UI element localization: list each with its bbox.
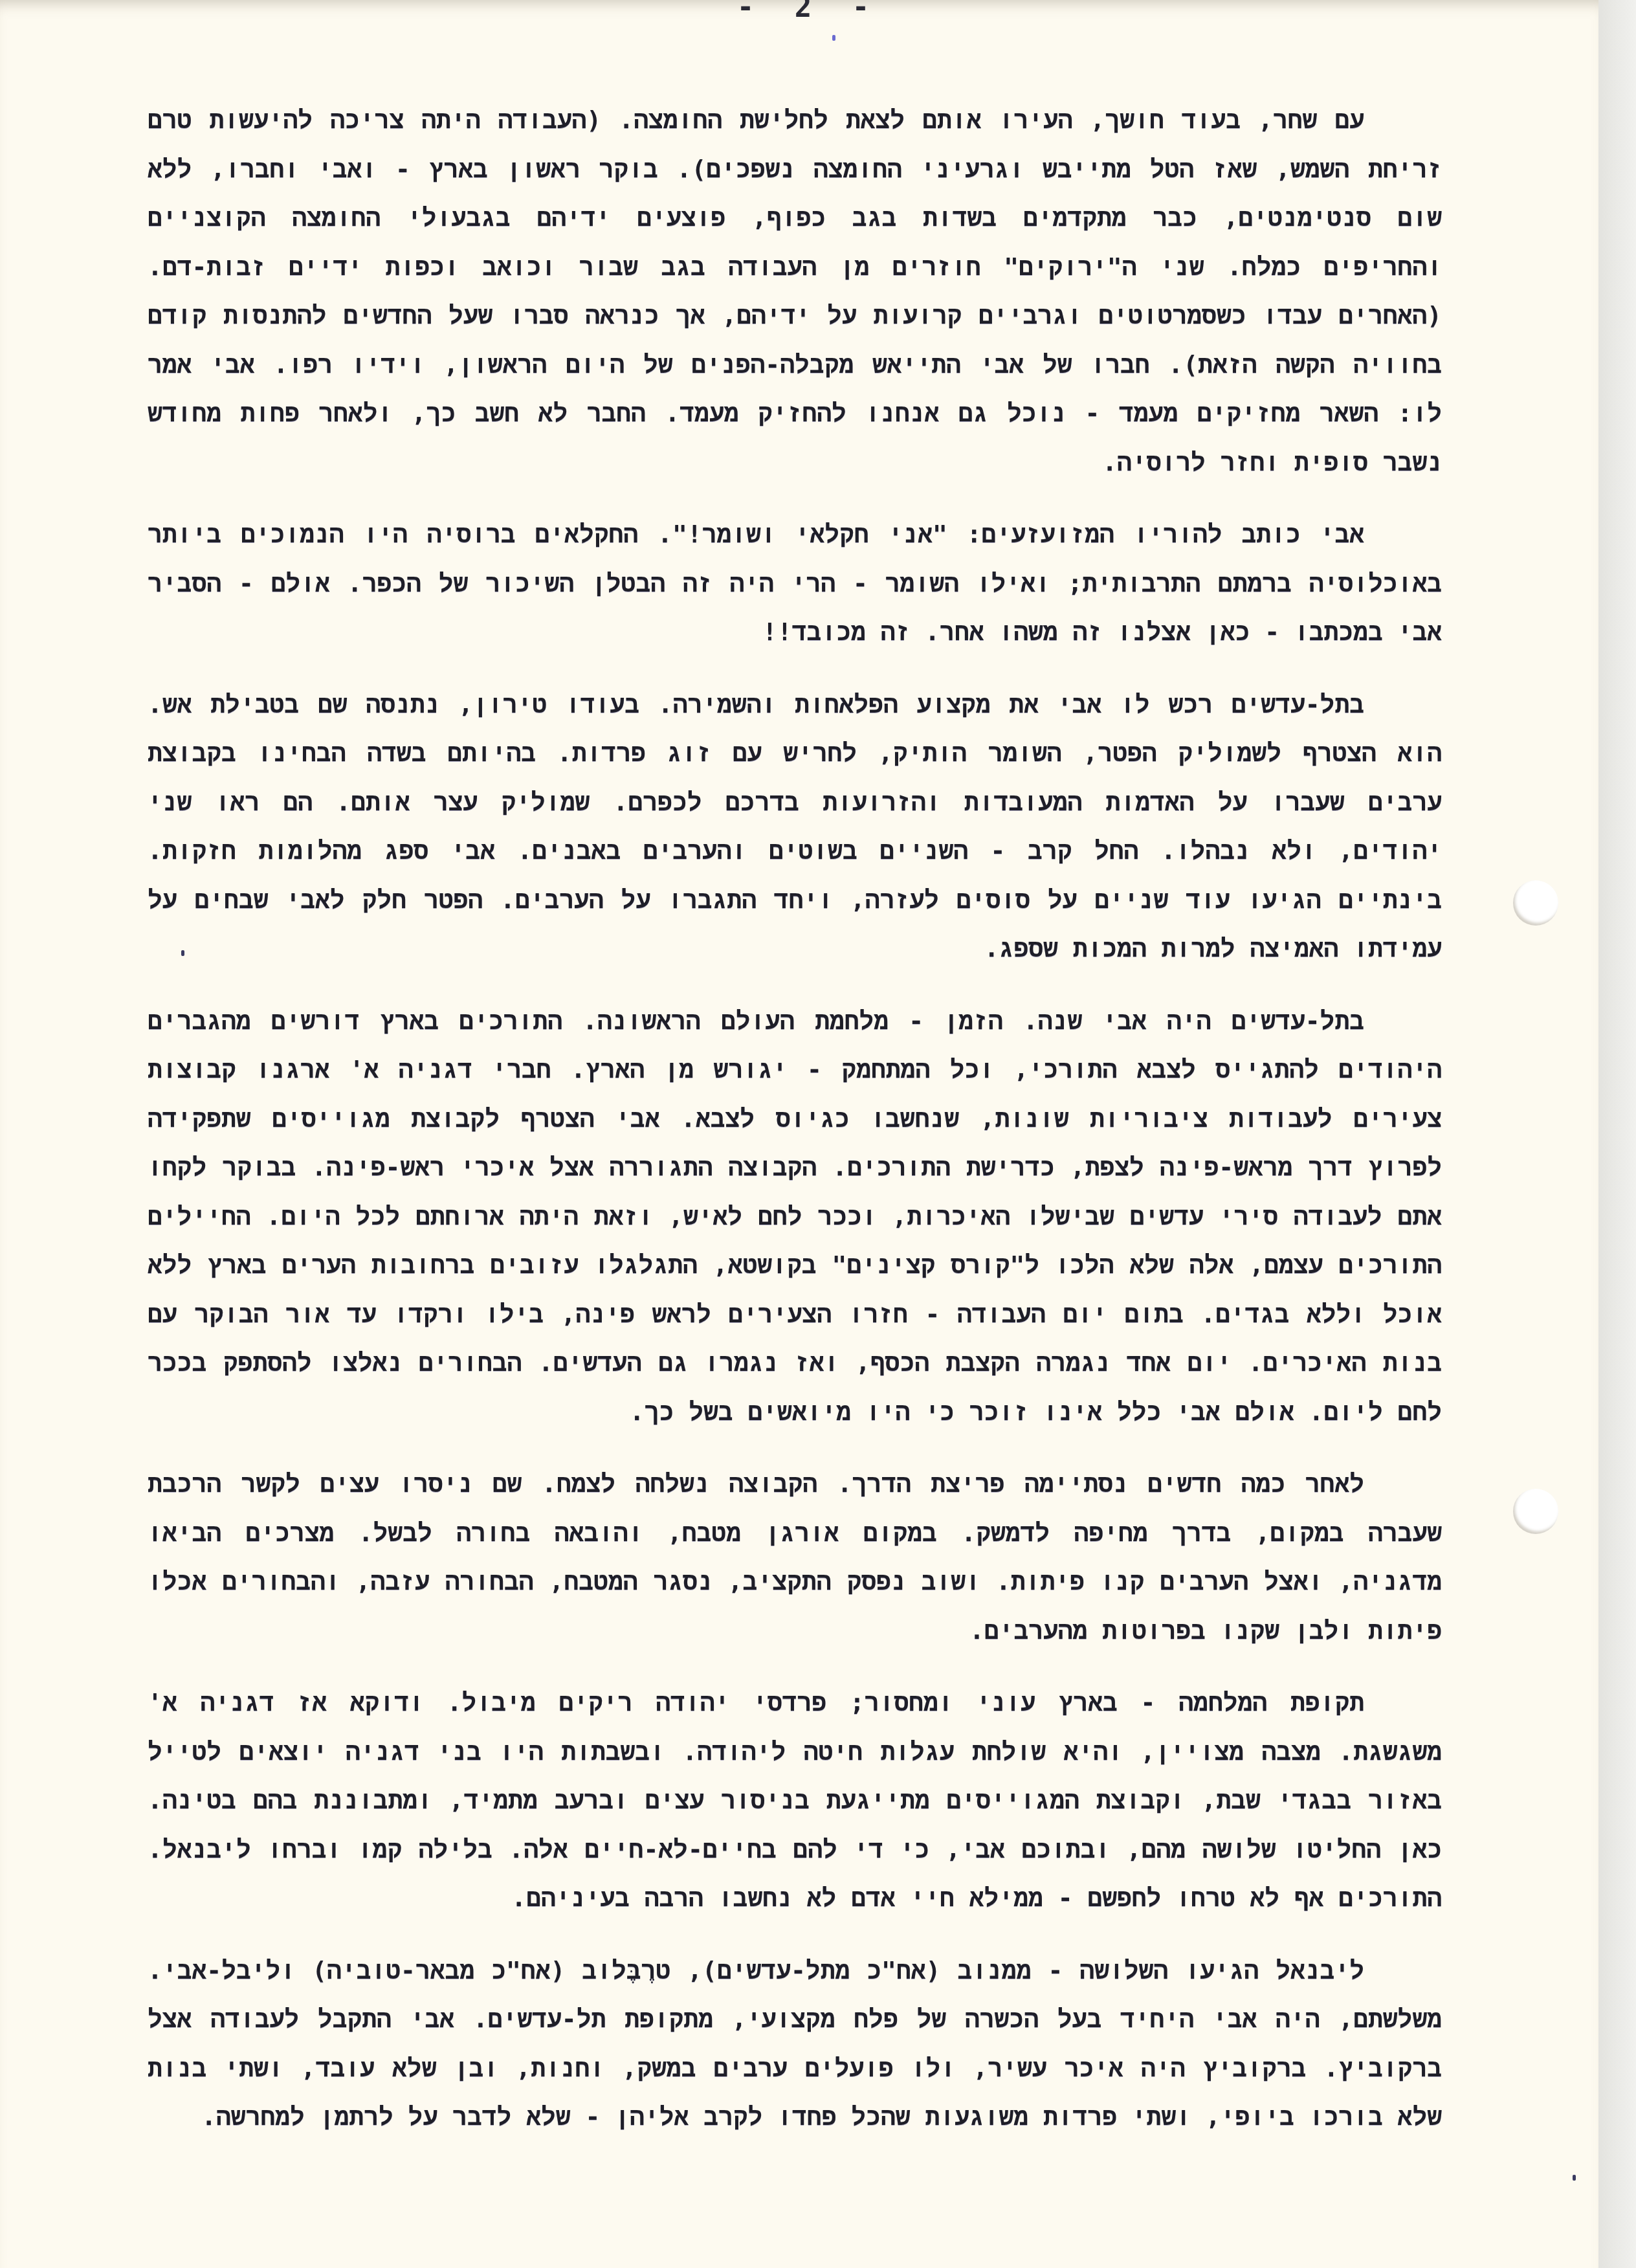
paragraph-tzemach: לאחר כמה חדשים נסתיימה פריצת הדרך. הקבוצ… xyxy=(148,1460,1442,1655)
paragraph-yavneel: ליבנאל הגיעו השלושה - ממנוב (אח"כ מתל-עד… xyxy=(148,1946,1442,2142)
paragraph-dawn-work: עם שחר, בעוד חושך, העירו אותם לצאת לחליש… xyxy=(148,96,1442,487)
ink-speck xyxy=(181,950,184,956)
page-number: - 2 - xyxy=(712,0,906,24)
scanner-edge xyxy=(1598,0,1636,2268)
ink-speck xyxy=(832,35,835,41)
paragraph-letter-to-parents: אבי כותב להוריו המזועזעים: "אני חקלאי וש… xyxy=(148,510,1442,657)
document-body: עם שחר, בעוד חושך, העירו אותם לצאת לחליש… xyxy=(148,96,1442,2165)
document-page: - 2 - עם שחר, בעוד חושך, העירו אותם לצאת… xyxy=(0,0,1598,2268)
punch-hole xyxy=(1513,880,1558,926)
paragraph-world-war-road: בתל-עדשים היה אבי שנה. הזמן - מלחמת העול… xyxy=(148,997,1442,1437)
paragraph-tel-adashim-fight: בתל-עדשים רכש לו אבי את מקצוע הפלאחות וה… xyxy=(148,680,1442,973)
punch-hole xyxy=(1513,1489,1558,1534)
ink-speck xyxy=(1573,2175,1576,2181)
paragraph-wartime-escape: תקופת המלחמה - בארץ עוני ומחסור; פרדסי י… xyxy=(148,1678,1442,1923)
